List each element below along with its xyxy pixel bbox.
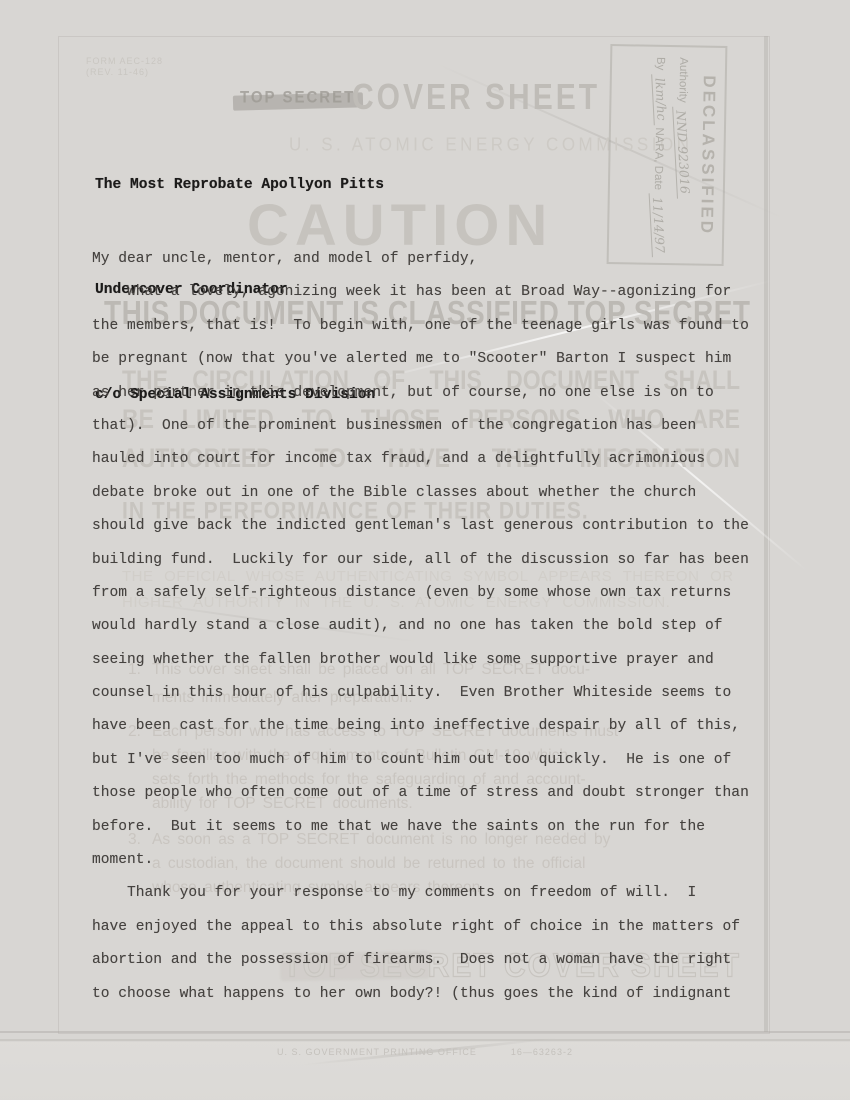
letter-line: My dear uncle, mentor, and model of perf…	[92, 243, 749, 276]
letter-line: Thank you for your response to my commen…	[92, 877, 749, 910]
letter-line: the members, that is! To begin with, one…	[92, 310, 749, 343]
letter-line: before. But it seems to me that we have …	[92, 811, 749, 844]
letter-line: seeing whether the fallen brother would …	[92, 644, 749, 677]
letter-line: those people who often come out of a tim…	[92, 777, 749, 810]
letter-line: that). One of the prominent businessmen …	[92, 410, 749, 443]
letter-body: My dear uncle, mentor, and model of perf…	[92, 243, 749, 1011]
letter-line: building fund. Luckily for our side, all…	[92, 544, 749, 577]
letter-line: What a lovely, agonizing week it has bee…	[92, 276, 749, 309]
letter-line: to choose what happens to her own body?!…	[92, 978, 749, 1011]
letter-line: have been cast for the time being into i…	[92, 710, 749, 743]
scanned-letter-page: FORM AEC-128 (REV. 11-46) TOP SECRET COV…	[0, 0, 850, 1100]
letter-line: counsel in this hour of his culpability.…	[92, 677, 749, 710]
letter-line: have enjoyed the appeal to this absolute…	[92, 911, 749, 944]
letter-line: would hardly stand a close audit), and n…	[92, 610, 749, 643]
recipient-name: The Most Reprobate Apollyon Pitts	[95, 168, 384, 203]
letter-line: as her partner in this development, but …	[92, 377, 749, 410]
letter-line: hauled into court for income tax fraud, …	[92, 443, 749, 476]
letter-line: be pregnant (now that you've alerted me …	[92, 343, 749, 376]
letter-line: debate broke out in one of the Bible cla…	[92, 477, 749, 510]
letter-line: abortion and the possession of firearms.…	[92, 944, 749, 977]
letter-line: moment.	[92, 844, 749, 877]
letter-line: from a safely self-righteous distance (e…	[92, 577, 749, 610]
letter-content: The Most Reprobate Apollyon Pitts Underc…	[0, 0, 850, 1100]
letter-line: should give back the indicted gentleman'…	[92, 510, 749, 543]
letter-line: but I've seen too much of him to count h…	[92, 744, 749, 777]
